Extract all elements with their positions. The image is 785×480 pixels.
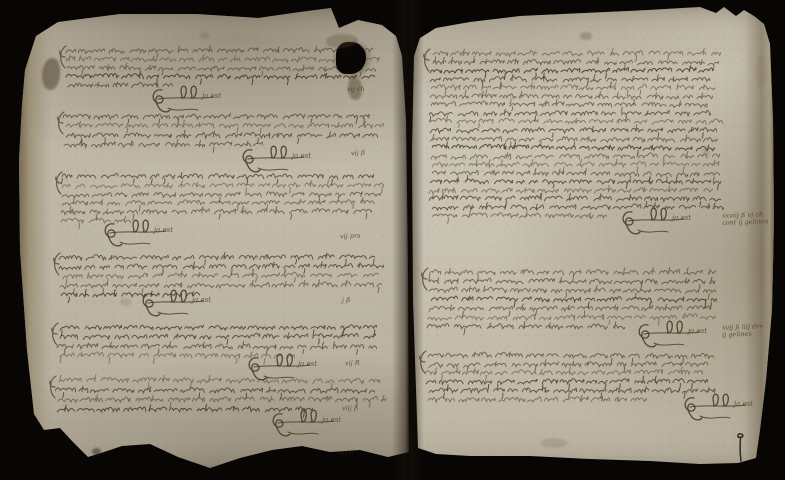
left-fold-edge: [14, 10, 50, 450]
script-line: [426, 321, 625, 336]
bottom-arrow-mark: [734, 428, 748, 464]
right-curled-edge: [744, 14, 776, 462]
marginal-price-note: viij ß: [342, 405, 359, 413]
signature-attest-label: ja est: [322, 416, 341, 424]
manuscript-photo: ja estvij chja estvij ßja estvij prsja e…: [0, 0, 785, 480]
script-line: [63, 139, 263, 154]
initial-flourish: [54, 110, 68, 136]
initial-flourish: [420, 47, 434, 73]
marginal-price-note: vij R: [345, 360, 360, 368]
marginal-price-note: j ß: [342, 297, 351, 304]
signature-attest-label: ja est: [688, 327, 707, 335]
notary-signature-flourish: [266, 404, 336, 444]
notary-signature-flourish: [632, 315, 702, 355]
initial-flourish: [416, 349, 430, 375]
signature-attest-label: ja est: [292, 152, 311, 160]
marginal-price-note: xxviij ß vj chcont ij gelines: [722, 211, 769, 227]
notary-signature-flourish: [136, 284, 206, 324]
initial-flourish: [46, 374, 60, 400]
signature-attest-label: ja est: [154, 226, 173, 234]
initial-flourish: [56, 44, 70, 70]
initial-flourish: [52, 170, 66, 196]
signature-attest-label: ja est: [734, 400, 753, 408]
script-line: [427, 393, 647, 407]
signature-attest-label: ja est: [298, 360, 317, 368]
notary-signature-flourish: [678, 388, 748, 428]
marginal-price-note: vij ß: [351, 150, 365, 157]
initial-flourish: [50, 251, 64, 277]
notary-signature-flourish: [98, 214, 168, 254]
notary-signature-flourish: [616, 202, 686, 242]
initial-flourish: [418, 266, 432, 292]
faint-folio-mark: xxxvj: [337, 448, 354, 456]
marginal-price-note: xvij ß iiij drsij gelines: [722, 323, 763, 338]
marginal-price-note: vij ch: [347, 86, 365, 94]
signature-attest-label: ja est: [192, 296, 211, 304]
initial-flourish: [48, 321, 62, 347]
signature-attest-label: ja est: [672, 214, 691, 222]
marginal-price-note: vij prs: [340, 233, 361, 241]
signature-attest-label: ja est: [202, 92, 221, 100]
script-line: [431, 210, 607, 225]
